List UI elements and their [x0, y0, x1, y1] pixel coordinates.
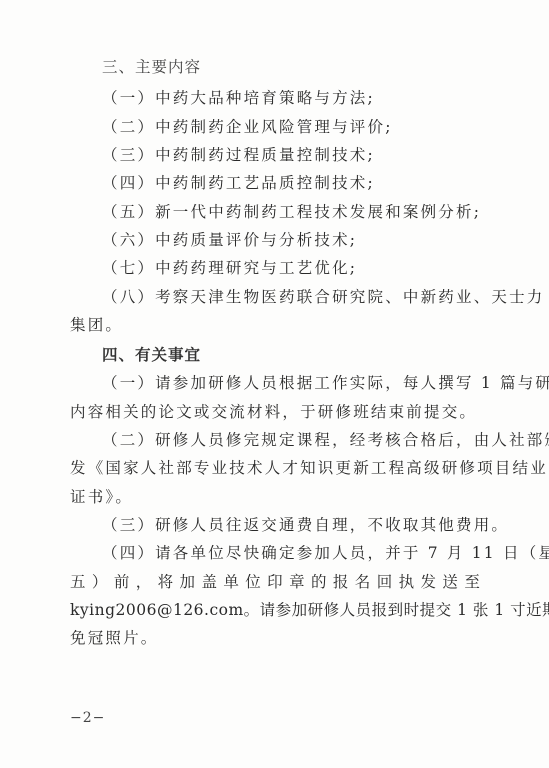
content-item-6: （六）中药质量评价与分析技术; — [102, 230, 480, 250]
token: 至 — [464, 572, 480, 592]
content-item-3: （三）中药制药过程质量控制技术; — [102, 145, 480, 165]
matter-1-line1: （一）请参加研修人员根据工作实际，每人撰写 1 篇与研修 — [102, 373, 480, 393]
content-item-2: （二）中药制药企业风险管理与评价; — [102, 117, 480, 137]
token: 前 — [114, 572, 130, 592]
page-number: −2− — [70, 710, 105, 726]
token: 回 — [377, 572, 393, 592]
matter-2-line2: 发《国家人社部专业技术人才知识更新工程高级研修项目结业 — [70, 458, 480, 478]
content-item-1: （一）中药大品种培育策略与方法; — [102, 88, 480, 108]
token: 加 — [180, 572, 196, 592]
token: ） — [92, 572, 108, 592]
token: 发 — [421, 572, 437, 592]
token: 送 — [442, 572, 458, 592]
matter-2-line1: （二）研修人员修完规定课程，经考核合格后，由人社部颁 — [102, 430, 480, 450]
document-page: 三、主要内容 （一）中药大品种培育策略与方法; （二）中药制药企业风险管理与评价… — [0, 0, 549, 768]
content-item-5: （五）新一代中药制药工程技术发展和案例分析; — [102, 202, 480, 222]
token: 印 — [267, 572, 283, 592]
content-item-8-line1: （八）考察天津生物医药联合研究院、中新药业、天士力 — [102, 287, 480, 307]
token: 盖 — [201, 572, 217, 592]
content-item-7: （七）中药药理研究与工艺优化; — [102, 258, 480, 278]
matter-4-line1: （四）请各单位尽快确定参加人员，并于 7 月 11 日（星期 — [102, 543, 480, 563]
matter-4-line2: 五 ） 前 ， 将 加 盖 单 位 印 章 的 报 名 回 执 发 送 至 — [70, 572, 480, 592]
matter-2-line3: 证书》。 — [70, 487, 480, 507]
matter-1-line2: 内容相关的论文或交流材料，于研修班结束前提交。 — [70, 402, 480, 422]
token: 五 — [70, 572, 86, 592]
matter-4-line3-email: kying2006@126.com。请参加研修人员报到时提交 1 张 1 寸近期 — [70, 600, 480, 620]
token: ， — [136, 572, 152, 592]
matter-4-line4: 免冠照片。 — [70, 628, 480, 648]
content-item-4: （四）中药制药工艺品质控制技术; — [102, 173, 480, 193]
matter-3-line1: （三）研修人员往返交通费自理，不收取其他费用。 — [102, 515, 480, 535]
token: 将 — [158, 572, 174, 592]
section-heading-main-content: 三、主要内容 — [102, 57, 480, 77]
token: 名 — [355, 572, 371, 592]
token: 单 — [223, 572, 239, 592]
token: 位 — [245, 572, 261, 592]
token: 的 — [311, 572, 327, 592]
content-item-8-line2: 集团。 — [70, 315, 480, 335]
section-heading-related-matters: 四、有关事宜 — [102, 345, 480, 365]
token: 报 — [333, 572, 349, 592]
token: 章 — [289, 572, 305, 592]
token: 执 — [399, 572, 415, 592]
